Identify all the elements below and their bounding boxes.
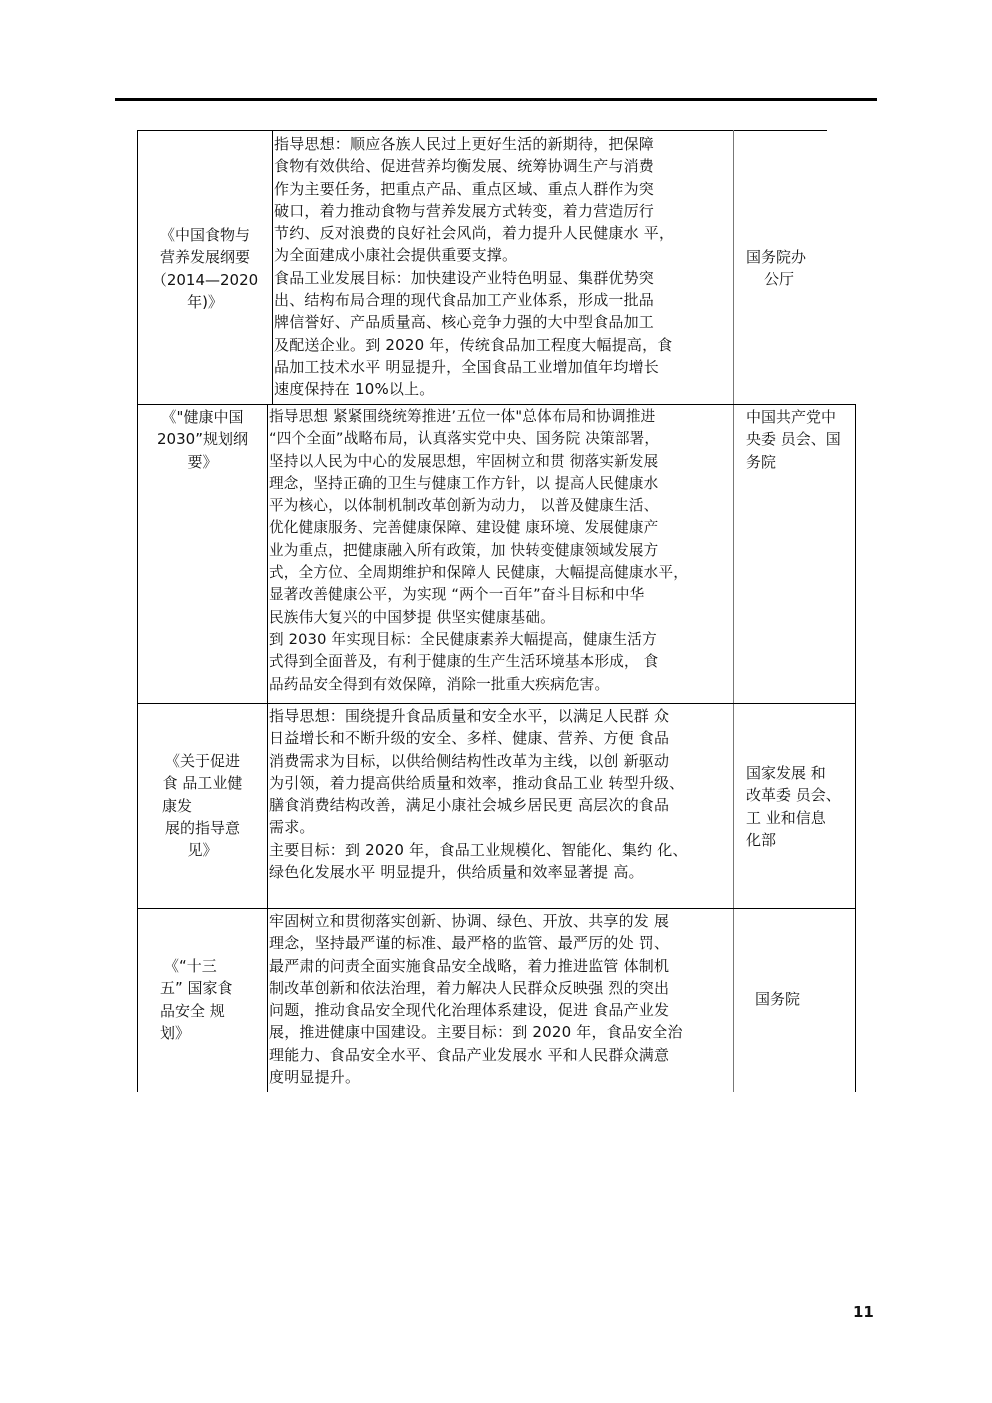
column-divider [267,404,268,1092]
issuer-line: 改革委 员会、 [746,784,856,806]
content-line: 到 2030 年实现目标：全民健康素养大幅提高，健康生活方 [269,629,732,651]
title-line: 康发 [138,795,267,817]
header-rule [115,98,877,101]
policy-content: 指导思想：围绕提升食品质量和安全水平，以满足人民群 众 日益增长和不断升级的安全… [269,705,732,883]
row-separator [137,703,855,704]
content-line: 速度保持在 10%以上。 [274,378,732,400]
policy-content: 牢固树立和贯彻落实创新、协调、绿色、开放、共享的发 展 理念，坚持最严谨的标准、… [269,910,732,1088]
content-line: 坚持以人民为中心的发展思想，牢固树立和贯 彻落实新发展 [269,451,732,473]
content-line: 需求。 [269,816,732,838]
title-line: 划》 [160,1022,267,1044]
policy-title: 《"健康中国 2030”规划纲 要》 [138,406,267,473]
row-separator [137,908,855,909]
title-line: 食 品工业健 [138,772,267,794]
content-line: 业为重点，把健康融入所有政策，加 快转变健康领域发展方 [269,540,732,562]
title-line: 《关于促进 [138,750,267,772]
issuer-line: 中国共产党中 [746,406,856,428]
issuer-line: 国务院办 [736,246,856,268]
issuer-line: 国家发展 和 [746,762,856,784]
issuer-line: 国务院 [755,988,855,1010]
content-line: 牢固树立和贯彻落实创新、协调、绿色、开放、共享的发 展 [269,910,732,932]
row-separator [137,404,733,405]
content-line: 品药品安全得到有效保障，消除一批重大疾病危害。 [269,674,732,696]
policy-content: 指导思想：顺应各族人民过上更好生活的新期待，把保障 食物有效供给、促进营养均衡发… [274,133,732,401]
title-line: 品安全 规 [160,1000,267,1022]
issuer-line: 工 业和信息 [746,807,856,829]
content-line: 消费需求为目标，以供给侧结构性改革为主线，以创 新驱动 [269,750,732,772]
content-line: 式，全方位、全周期维护和保障人 民健康，大幅提高健康水平， [269,562,732,584]
page-number: 11 [853,1303,874,1321]
issuer: 中国共产党中 央委 员会、国 务院 [746,406,856,473]
content-line: 膳食消费结构改善，满足小康社会城乡居民更 高层次的食品 [269,794,732,816]
content-line: 绿色化发展水平 明显提升，供给质量和效率显著提 高。 [269,861,732,883]
issuer-line: 化部 [746,829,856,851]
content-line: 展，推进健康中国建设。主要目标：到 2020 年，食品安全治 [269,1021,732,1043]
row-separator [733,404,855,405]
content-line: 制改革创新和依法治理，着力解决人民群众反映强 烈的突出 [269,977,732,999]
policy-title: 《“十三 五” 国家食 品安全 规 划》 [160,955,267,1044]
issuer-line: 务院 [746,451,856,473]
title-line: 五” 国家食 [160,977,267,999]
policy-title: 《中国食物与 营养发展纲要 （2014—2020 年)》 [138,224,272,313]
content-line: 破口，着力推动食物与营养发展方式转变，着力营造厉行 [274,200,732,222]
title-line: 《“十三 [160,955,267,977]
table-top-border [137,130,827,131]
policy-content: 指导思想 紧紧围绕统筹推进’五位一体"总体布局和协调推进 “四个全面”战略布局，… [269,406,732,696]
content-line: 理能力、食品安全水平、食品产业发展水 平和人民群众满意 [269,1044,732,1066]
issuer: 国务院 [755,988,855,1010]
content-line: 民族伟大复兴的中国梦提 供坚实健康基础。 [269,607,732,629]
content-line: 平为核心，以体制机制改革创新为动力， 以普及健康生活、 [269,495,732,517]
content-line: 优化健康服务、完善健康保障、建设健 康环境、发展健康产 [269,517,732,539]
title-line: 见》 [138,839,267,861]
content-line: 牌信誉好、产品质量高、核心竞争力强的大中型食品加工 [274,311,732,333]
column-divider [272,130,273,404]
table-right-border [855,404,856,1092]
content-line: 食品工业发展目标：加快建设产业特色明显、集群优势突 [274,267,732,289]
issuer: 国务院办 公厅 [736,246,856,291]
content-line: 及配送企业。到 2020 年，传统食品加工程度大幅提高，食 [274,334,732,356]
content-line: “四个全面”战略布局，认真落实党中央、国务院 决策部署， [269,428,732,450]
content-line: 日益增长和不断升级的安全、多样、健康、营养、方便 食品 [269,727,732,749]
content-line: 主要目标：到 2020 年，食品工业规模化、智能化、集约 化、 [269,839,732,861]
title-line: 年)》 [138,291,272,313]
content-line: 为全面建成小康社会提供重要支撑。 [274,244,732,266]
content-line: 作为主要任务，把重点产品、重点区域、重点人群作为突 [274,178,732,200]
content-line: 出、结构布局合理的现代食品加工产业体系，形成一批品 [274,289,732,311]
content-line: 品加工技术水平 明显提升，全国食品工业增加值年均增长 [274,356,732,378]
content-line: 式得到全面普及，有利于健康的生产生活环境基本形成， 食 [269,651,732,673]
issuer-line: 央委 员会、国 [746,428,856,450]
content-line: 理念，坚持正确的卫生与健康工作方针，以 提高人民健康水 [269,473,732,495]
issuer-line: 公厅 [736,268,856,290]
title-line: 要》 [138,451,267,473]
issuer: 国家发展 和 改革委 员会、 工 业和信息 化部 [746,762,856,851]
title-line: 展的指导意 [138,817,267,839]
title-line: 营养发展纲要 [138,246,272,268]
content-line: 食物有效供给、促进营养均衡发展、统筹协调生产与消费 [274,155,732,177]
content-line: 指导思想：围绕提升食品质量和安全水平，以满足人民群 众 [269,705,732,727]
content-line: 指导思想：顺应各族人民过上更好生活的新期待，把保障 [274,133,732,155]
content-line: 问题，推动食品安全现代化治理体系建设，促进 食品产业发 [269,999,732,1021]
column-divider [733,130,734,1092]
policy-title: 《关于促进 食 品工业健 康发 展的指导意 见》 [138,750,267,861]
content-line: 理念，坚持最严谨的标准、最严格的监管、最严厉的处 罚、 [269,932,732,954]
content-line: 为引领，着力提高供给质量和效率，推动食品工业 转型升级、 [269,772,732,794]
content-line: 显著改善健康公平，为实现 “两个一百年”奋斗目标和中华 [269,584,732,606]
content-line: 指导思想 紧紧围绕统筹推进’五位一体"总体布局和协调推进 [269,406,732,428]
title-line: 2030”规划纲 [138,428,267,450]
content-line: 最严肃的问责全面实施食品安全战略，着力推进监管 体制机 [269,955,732,977]
content-line: 节约、反对浪费的良好社会风尚，着力提升人民健康水 平， [274,222,732,244]
title-line: 《"健康中国 [138,406,267,428]
content-line: 度明显提升。 [269,1066,732,1088]
title-line: 《中国食物与 [138,224,272,246]
title-line: （2014—2020 [138,269,272,291]
